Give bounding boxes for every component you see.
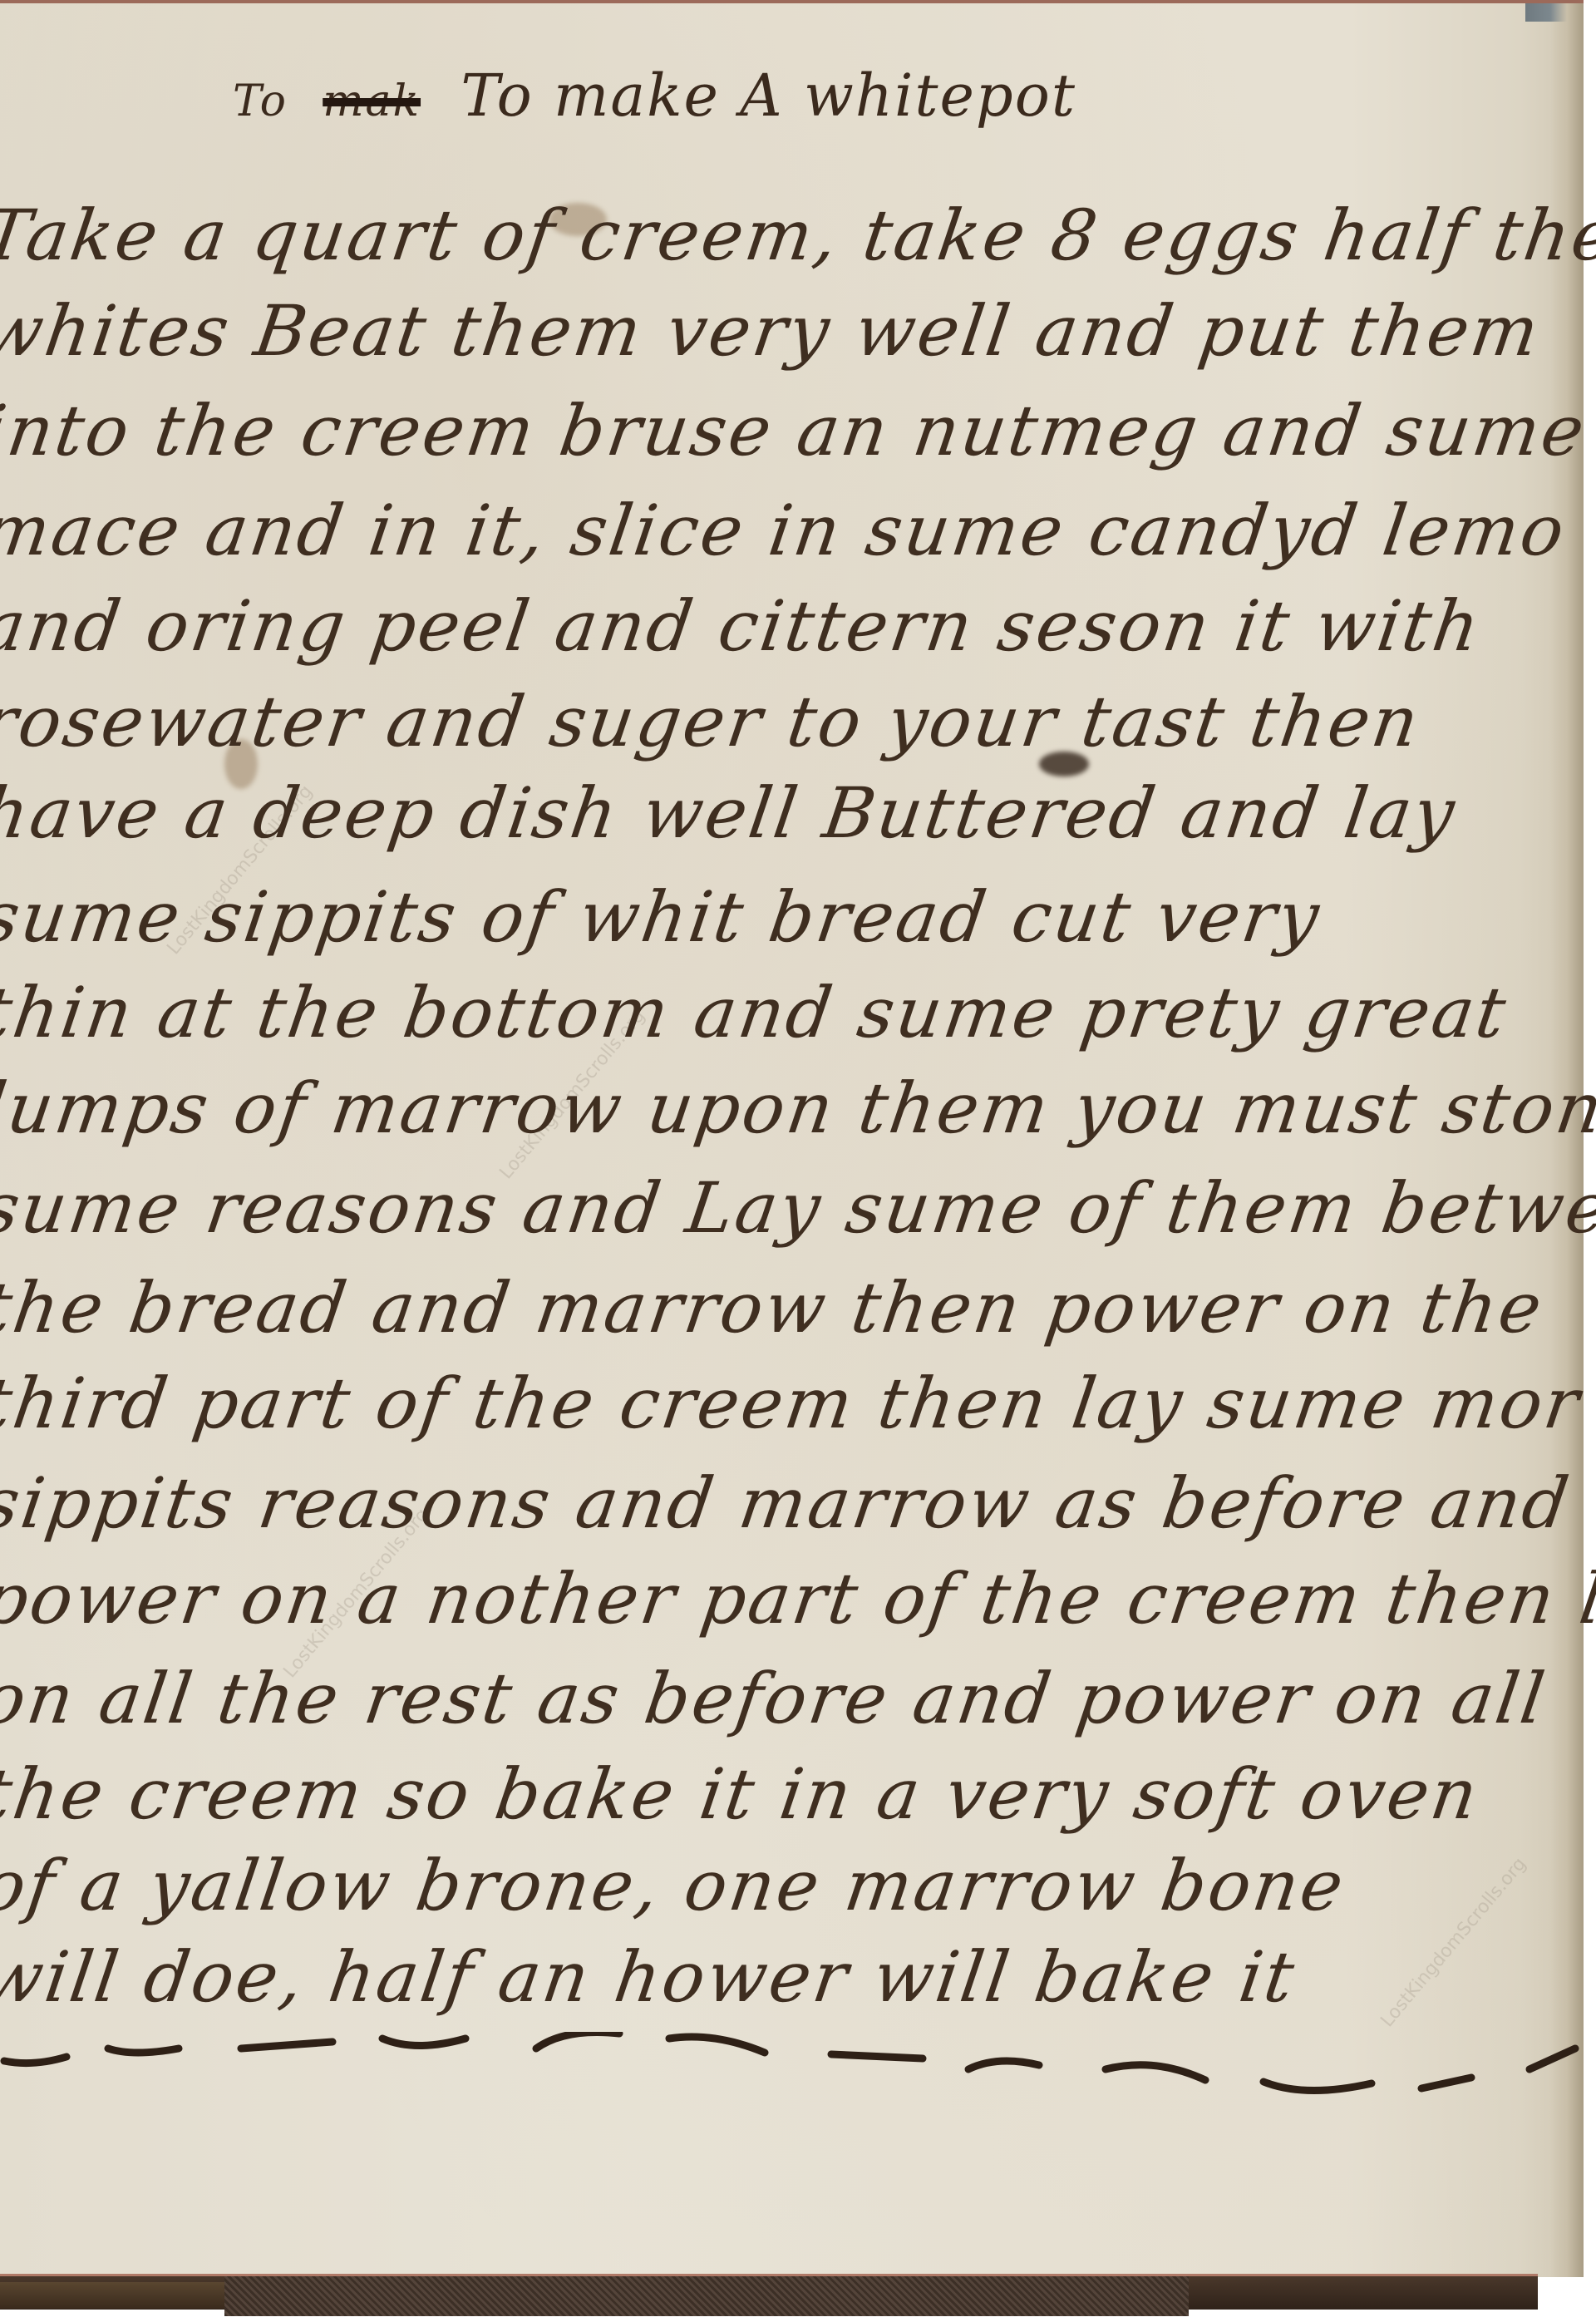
- manuscript-line: the creem so bake it in a very soft oven: [0, 1753, 1485, 1835]
- book-binding-leather: [0, 2282, 224, 2309]
- manuscript-line: of a yallow brone, one marrow bone: [0, 1845, 1351, 1926]
- manuscript-line: third part of the creem then lay sume mo…: [0, 1363, 1586, 1444]
- manuscript-line: lumps of marrow upon them you must ston: [0, 1067, 1596, 1149]
- manuscript-line: sume reasons and Lay sume of them betwe: [0, 1167, 1596, 1249]
- manuscript-page: LostKingdomScrolls.org LostKingdomScroll…: [0, 0, 1584, 2277]
- book-binding-cloth: [224, 2276, 1189, 2316]
- manuscript-line: power on a nother part of the creem then…: [0, 1558, 1596, 1639]
- manuscript-line: mace and in it, slice in sume candyd lem…: [0, 490, 1571, 571]
- manuscript-line: will doe, half an hower will bake it: [0, 1936, 1301, 2018]
- manuscript-line: into the creem bruse an nutmeg and sume: [0, 390, 1592, 471]
- manuscript-line: sume sippits of whit bread cut very: [0, 876, 1326, 958]
- dashed-flourish-line: [0, 2032, 1584, 2098]
- manuscript-line: the bread and marrow then power on the: [0, 1267, 1549, 1348]
- recipe-title: To mak To make A whitepot: [233, 62, 1076, 130]
- manuscript-line: and oring peel and cittern seson it with: [0, 585, 1486, 667]
- manuscript-line: thin at the bottom and sume prety great: [0, 972, 1513, 1053]
- manuscript-line: whites Beat them very well and put them: [0, 290, 1546, 372]
- title-text: To make A whitepot: [461, 62, 1076, 130]
- manuscript-line: rosewater and suger to your tast then: [0, 681, 1426, 762]
- manuscript-line: sippits reasons and marrow as before and: [0, 1462, 1576, 1544]
- watermark: LostKingdomScrolls.org: [1377, 1854, 1530, 2031]
- title-struck-prefix: To: [233, 76, 288, 126]
- manuscript-line: Take a quart of creem, take 8 eggs half …: [0, 195, 1596, 276]
- manuscript-line: have a deep dish well Buttered and lay: [0, 772, 1461, 854]
- manuscript-line: on all the rest as before and power on a…: [0, 1658, 1552, 1739]
- title-struck-word: mak: [323, 76, 421, 126]
